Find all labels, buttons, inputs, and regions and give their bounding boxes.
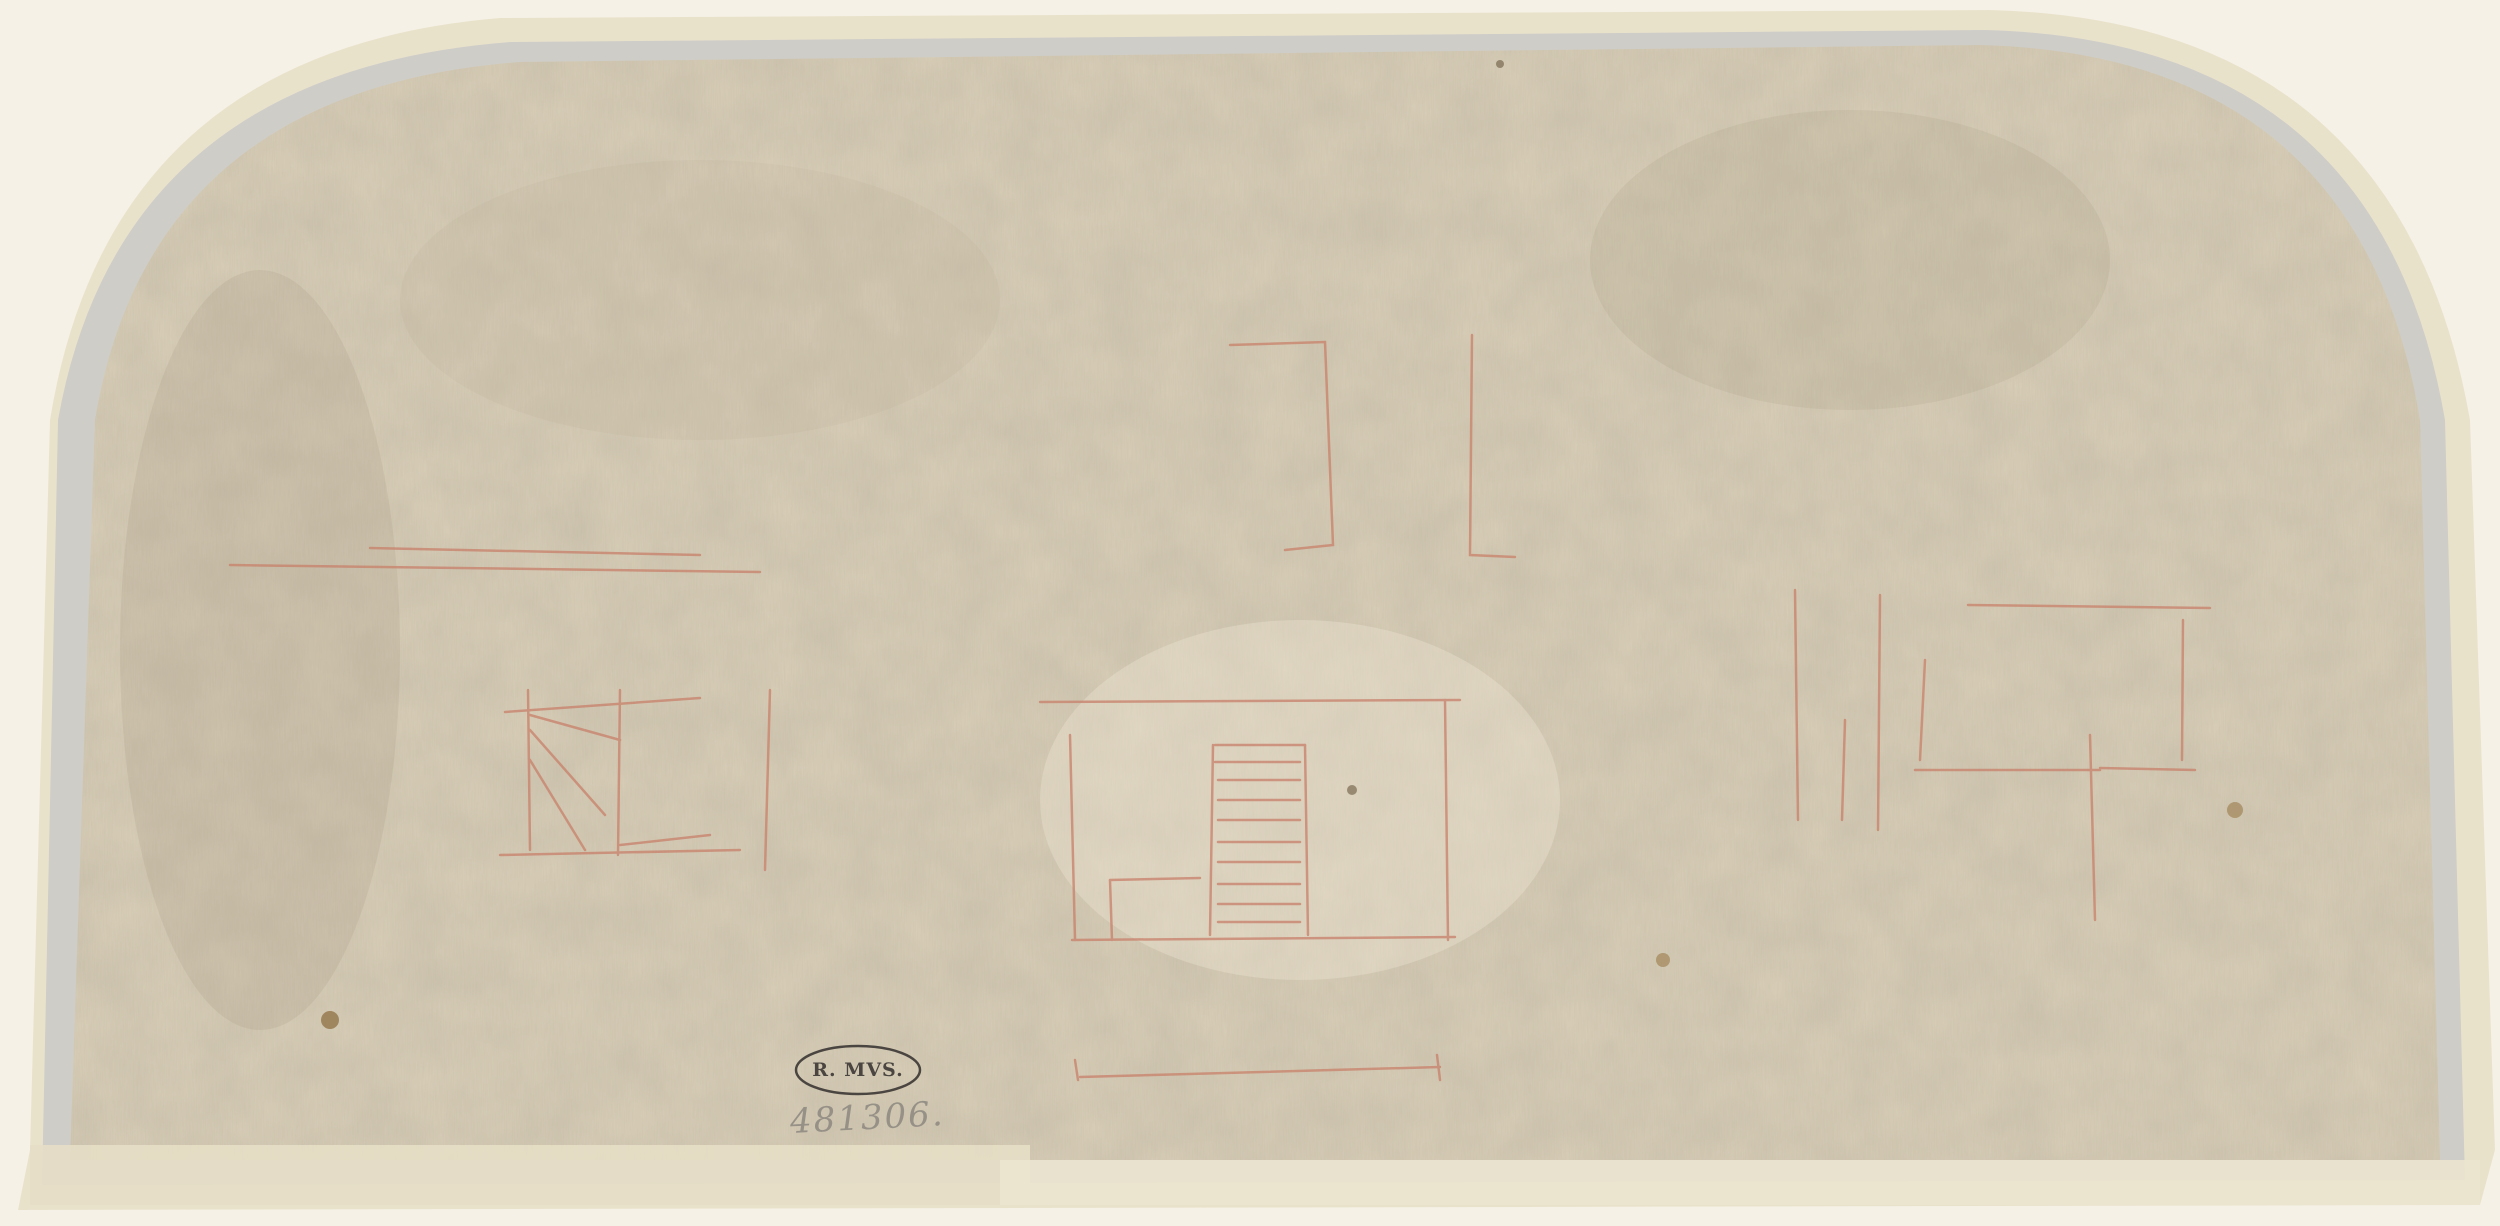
hinge-strip-bottom-right: [1000, 1160, 2480, 1205]
hinge-strip-bottom-left: [30, 1145, 1030, 1205]
inventory-inscription: 481306.: [789, 1094, 945, 1142]
collector-stamp: R. MVS.: [803, 1050, 913, 1090]
paper-sheet: [0, 0, 2500, 1226]
artwork-canvas: R. MVS. 481306.: [0, 0, 2500, 1226]
